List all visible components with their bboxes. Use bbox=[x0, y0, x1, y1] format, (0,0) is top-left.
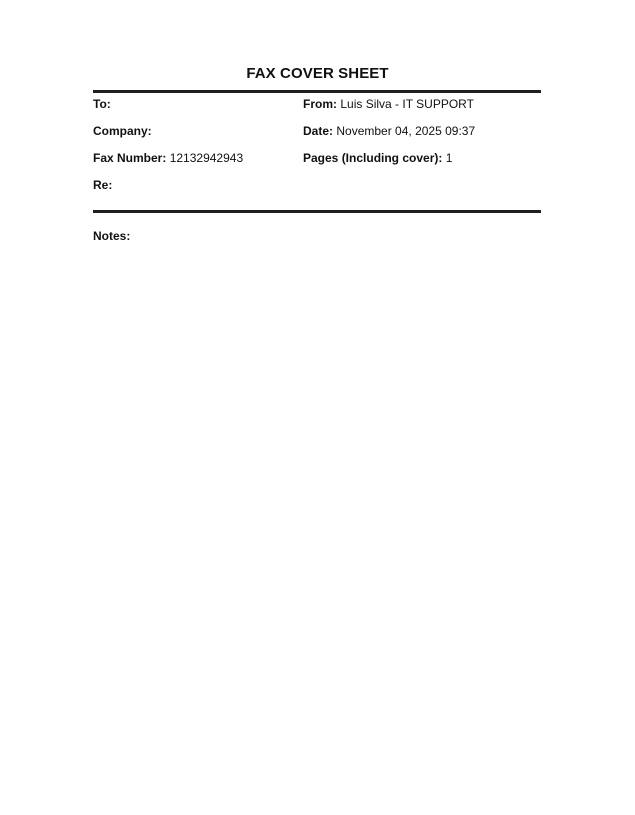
field-re: Re: bbox=[93, 178, 112, 192]
field-company-label: Company: bbox=[93, 124, 152, 138]
fax-cover-page: FAX COVER SHEET To: From: Luis Silva - I… bbox=[0, 0, 635, 815]
field-pages-value: 1 bbox=[446, 151, 453, 165]
field-fax-number: Fax Number: 12132942943 bbox=[93, 151, 243, 165]
field-fax-number-label: Fax Number: bbox=[93, 151, 166, 165]
field-re-label: Re: bbox=[93, 178, 112, 192]
field-pages-label: Pages (Including cover): bbox=[303, 151, 442, 165]
header-divider bbox=[93, 90, 541, 93]
notes-section: Notes: bbox=[93, 229, 130, 243]
field-date-value: November 04, 2025 09:37 bbox=[336, 124, 475, 138]
field-from-label: From: bbox=[303, 97, 337, 111]
document-title: FAX COVER SHEET bbox=[0, 65, 635, 82]
body-divider bbox=[93, 210, 541, 213]
field-pages: Pages (Including cover): 1 bbox=[303, 151, 452, 165]
field-date-label: Date: bbox=[303, 124, 333, 138]
field-to-label: To: bbox=[93, 97, 111, 111]
field-fax-number-value: 12132942943 bbox=[170, 151, 243, 165]
field-from-value: Luis Silva - IT SUPPORT bbox=[340, 97, 474, 111]
field-to: To: bbox=[93, 97, 111, 111]
field-from: From: Luis Silva - IT SUPPORT bbox=[303, 97, 474, 111]
field-date: Date: November 04, 2025 09:37 bbox=[303, 124, 475, 138]
field-company: Company: bbox=[93, 124, 152, 138]
notes-label: Notes: bbox=[93, 229, 130, 243]
